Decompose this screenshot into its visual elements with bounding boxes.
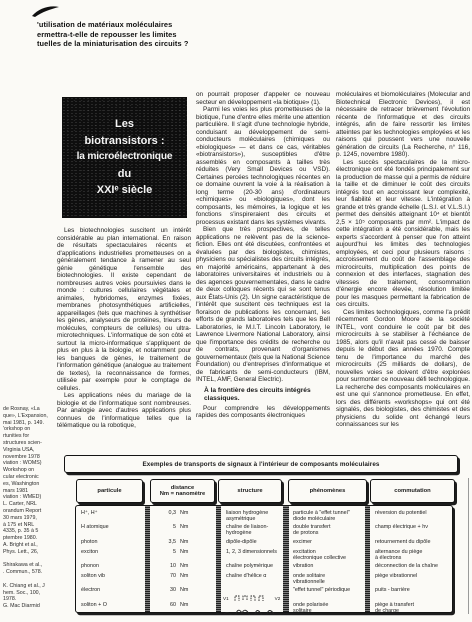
table-cell-phenomenes: vibration [288, 562, 365, 572]
table-header-commutation: commutation [370, 479, 455, 503]
table-cell-commutation: alternance du piège à électrons [370, 548, 450, 562]
table-cell-distance: 0,3Nm [150, 509, 216, 523]
table-title: Exemples de transports de signaux à l'in… [64, 455, 458, 473]
title-line: biotransistors : [84, 133, 164, 150]
margin-references: de Rosnay, «La que», L'Expansion, mai 19… [3, 406, 56, 618]
title-line: la microélectronique [77, 149, 173, 166]
table-cell-phenomenes: excimer [288, 538, 365, 548]
column-separator [283, 506, 289, 612]
column-separator [216, 506, 221, 612]
article-title-box: Les biotransistors : la microélectroniqu… [62, 97, 187, 218]
headline-question: 'utilisation de matériaux moléculaires e… [37, 20, 257, 49]
paragraph: Parmi les voies les plus prometteuses de… [196, 106, 330, 226]
table-cell-phenomenes: particule à "effet tunnel" diode molécul… [288, 509, 365, 523]
body-column-2: on pourrait proposer d'appeler ce nouvea… [196, 91, 330, 453]
table-cell-structure: + [221, 601, 283, 615]
table-header-phenomenes: phénomènes [288, 479, 367, 503]
table-cell-phenomenes: onde polarisée solitaire [288, 601, 365, 615]
column-separator [365, 506, 370, 612]
table-cell-phenomenes: onde solitaire vibrationnelle [288, 572, 365, 586]
table-cell-commutation: puits - barrière [370, 586, 450, 601]
table-cell-commutation: champ électrique + hν [370, 523, 450, 538]
table-cell-structure: dipôle-dipôle [221, 538, 283, 548]
distance-value: 10 [162, 563, 176, 572]
distance-value: 3,5 [162, 539, 176, 548]
table-cell-distance: 5Nm [150, 523, 216, 538]
distance-unit: Nm [180, 602, 188, 615]
body-column-3: moléculaires et biomoléculaires (Molecul… [336, 91, 470, 453]
distance-value: 5 [162, 524, 176, 538]
table-cell-distance: 30Nm [150, 586, 216, 601]
table-cell-particule: soliton + O [76, 601, 145, 615]
table-cell-structure: 1, 2, 3 dimensionnels [221, 548, 283, 562]
distance-value: 70 [162, 573, 176, 586]
distance-unit: Nm [180, 563, 188, 572]
paragraph: Pour comprendre les développements rapid… [196, 405, 330, 420]
table-cell-phenomenes: double transfert de protons [288, 523, 365, 538]
table-cell-distance: 60Nm [150, 601, 216, 615]
table-cell-phenomenes: excitation électronique collective [288, 548, 365, 562]
page-edge-line [468, 478, 469, 614]
distance-unit: Nm [180, 573, 188, 586]
body-column-1: Les biotechnologies suscitent un intérêt… [57, 227, 191, 455]
table-cell-structure: chaîne polymérique [221, 562, 283, 572]
distance-unit: Nm [180, 587, 188, 601]
table-cell-distance: 5Nm [150, 548, 216, 562]
table-cell-distance: 70Nm [150, 572, 216, 586]
distance-unit: Nm [180, 539, 188, 548]
paragraph: Ces limites technologiques, comme l'a pr… [336, 309, 470, 429]
distance-unit: Nm [180, 524, 188, 538]
distance-value: 0,3 [162, 510, 176, 523]
table-cell-particule: électron [76, 586, 145, 601]
distance-unit: Nm [180, 510, 188, 523]
table-cell-structure: liaison hydrogène asymétrique [221, 509, 283, 523]
paragraph: on pourrait proposer d'appeler ce nouvea… [196, 91, 330, 106]
table-cell-commutation: déconnection de la chaîne [370, 562, 450, 572]
table-cell-commutation: retournement du dipôle [370, 538, 450, 548]
title-line: du [118, 166, 131, 183]
table-body: H⁺, H⁺ 0,3Nm liaison hydrogène asymétriq… [75, 505, 453, 613]
scanned-article-page: 'utilisation de matériaux moléculaires e… [0, 0, 472, 622]
distance-value: 30 [162, 587, 176, 601]
table-cell-particule: soliton vib [76, 572, 145, 586]
table-cell-distance: 10Nm [150, 562, 216, 572]
table-header-structure: structure [218, 479, 282, 503]
table-cell-structure: chaîne de liaison- hydrogène [221, 523, 283, 538]
column-separator [145, 506, 150, 612]
distance-unit: Nm [180, 549, 188, 562]
table-cell-structure: chaîne d'hélice α [221, 572, 283, 586]
paragraph: Bien que très prospectives, de telles ap… [196, 226, 330, 384]
solitary-wave-diagram-icon [223, 608, 275, 615]
table-cell-particule: photon [76, 538, 145, 548]
distance-value: 5 [162, 549, 176, 562]
table-header-particule: particule [76, 479, 143, 503]
table-header-distance: distance Nm = nanomètre [150, 479, 215, 503]
table-cell-particule: phonon [76, 562, 145, 572]
table-cell-particule: exciton [76, 548, 145, 562]
section-subheading: À la frontière des circuits intégrés cla… [204, 387, 316, 402]
periodic-tunnel-diagram-icon [230, 593, 274, 601]
table-cell-particule: H atomique [76, 523, 145, 538]
paragraph: Les biotechnologies suscitent un intérêt… [57, 227, 191, 392]
paragraph: Les succès spectaculaires de la micro-él… [336, 159, 470, 309]
table-cell-commutation: réversion du potentiel [370, 509, 450, 523]
table-cell-structure: V1 V2 V1 > V2 [221, 586, 283, 601]
table-cell-commutation: piège à transfert de charge [370, 601, 450, 615]
paragraph: moléculaires et biomoléculaires (Molecul… [336, 91, 470, 159]
paragraph: Les applications nées du mariage de la b… [57, 392, 191, 430]
table-cell-particule: H⁺, H⁺ [76, 509, 145, 523]
distance-value: 60 [162, 602, 176, 615]
table-cell-commutation: piège vibrationnel [370, 572, 450, 586]
table-cell-distance: 3,5Nm [150, 538, 216, 548]
title-line: Les [115, 116, 134, 133]
title-line: XXIᵉ siècle [97, 182, 153, 199]
table-cell-phenomenes: "effet tunnel" périodique [288, 586, 365, 601]
